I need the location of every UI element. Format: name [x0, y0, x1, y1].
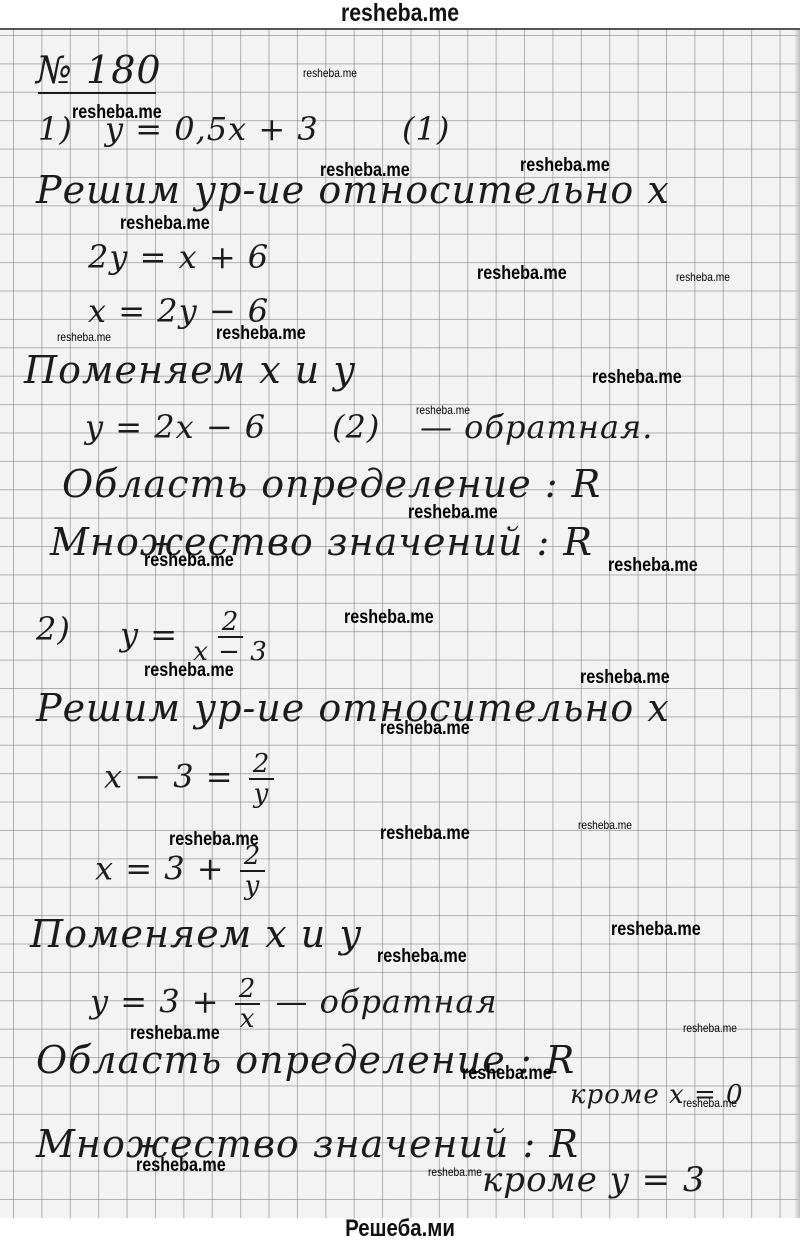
part1-inverse: y = 2x − 6 [85, 408, 266, 446]
watermark: resheba.me [592, 367, 682, 389]
problem-number-underline [38, 92, 156, 94]
part2-eq-a-fraction: 2 y [249, 750, 275, 808]
fraction-denominator: x [240, 1005, 256, 1033]
watermark: resheba.me [408, 502, 498, 524]
part1-domain: Область определение : R [62, 462, 601, 506]
watermark: resheba.me [377, 946, 467, 968]
part2-label: 2) [36, 610, 71, 648]
part2-eq-b-lhs: x = 3 + [95, 850, 225, 888]
watermark: resheba.me [136, 1155, 226, 1177]
part2-equation-fraction: 2 x − 3 [193, 608, 268, 666]
watermark: resheba.me [416, 403, 470, 417]
part1-equation-tag: (1) [402, 110, 450, 148]
watermark: resheba.me [676, 270, 730, 284]
part2-eq-a: x − 3 = 2 y [104, 750, 278, 808]
watermark: resheba.me [683, 1096, 737, 1110]
fraction-numerator: 2 [235, 975, 261, 1005]
watermark: resheba.me [120, 213, 210, 235]
part1-inverse-tag: (2) [332, 408, 380, 446]
part1-range: Множество значений : R [50, 520, 593, 564]
watermark: resheba.me [380, 718, 470, 740]
watermark: resheba.me [477, 263, 567, 285]
site-footer: Решеба.ми [60, 1214, 740, 1244]
part2-inverse-fraction: 2 x [235, 975, 261, 1033]
site-header: resheba.me [60, 0, 740, 28]
part2-equation: y = 2 x − 3 [120, 608, 272, 666]
watermark: resheba.me [380, 823, 470, 845]
part1-eq-a: 2y = x + 6 [88, 238, 269, 276]
watermark: resheba.me [611, 919, 701, 941]
fraction-numerator: 2 [218, 608, 244, 638]
watermark: resheba.me [144, 660, 234, 682]
watermark: resheba.me [57, 330, 111, 344]
watermark: resheba.me [72, 102, 162, 124]
watermark: resheba.me [462, 1063, 552, 1085]
watermark: resheba.me [428, 1165, 482, 1179]
watermark: resheba.me [344, 607, 434, 629]
watermark: resheba.me [216, 323, 306, 345]
watermark: resheba.me [144, 550, 234, 572]
watermark: resheba.me [578, 818, 632, 832]
part2-equation-lhs: y = [120, 616, 178, 654]
fraction-numerator: 2 [249, 750, 275, 780]
watermark: resheba.me [169, 829, 259, 851]
watermark: resheba.me [683, 1021, 737, 1035]
part1-swap-step: Поменяем x и y [24, 348, 356, 392]
fraction-denominator: y [245, 872, 261, 900]
part2-solve-step: Решим ур-ие относительно x [36, 686, 670, 730]
watermark: resheba.me [320, 160, 410, 182]
part1-label: 1) [38, 110, 73, 148]
part2-inverse-note: — обратная [275, 983, 497, 1021]
watermark: resheba.me [608, 555, 698, 577]
watermark: resheba.me [580, 667, 670, 689]
part2-swap-step: Поменяем x и y [30, 912, 362, 956]
part2-eq-a-lhs: x − 3 = [104, 758, 234, 796]
watermark: resheba.me [520, 155, 610, 177]
watermark: resheba.me [303, 66, 357, 80]
watermark: resheba.me [130, 1023, 220, 1045]
part2-range-except: кроме y = 3 [482, 1160, 706, 1200]
problem-number: № 180 [36, 48, 162, 92]
part2-inverse-lhs: y = 3 + [90, 983, 220, 1021]
fraction-denominator: y [254, 780, 270, 808]
